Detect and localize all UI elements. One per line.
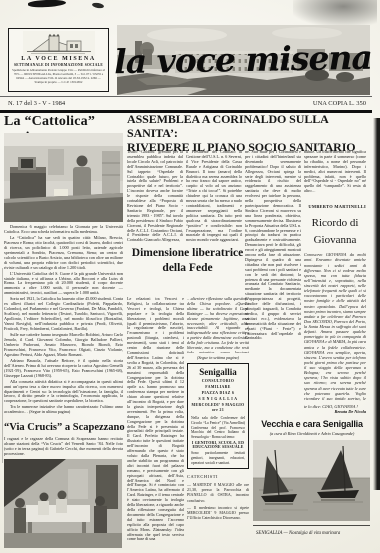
cattolica-interior-photo	[4, 133, 123, 222]
ink-smudge-artifact	[92, 2, 105, 9]
dimensione-column-left: Le relazioni tra Vescovi e Religiosi, la…	[127, 297, 184, 545]
newspaper-front-page: LA VOCE MISENA SETTIMANALE DI INFORMAZIO…	[0, 0, 380, 553]
continued-on-page-note: (Segue in settima pagina)	[187, 355, 249, 360]
ricordo-headline-line1: Ricordo di	[304, 215, 366, 232]
caption-rule	[253, 525, 370, 526]
masthead-fine-print: Spedizione in Abbonamento Postale Gruppo…	[12, 68, 105, 84]
scan-smudge-artifact	[293, 0, 377, 26]
viacrucis-procession-photo	[4, 459, 122, 548]
town-sketch-illustration	[23, 31, 95, 56]
catechisti-title: CATECHISTI	[187, 474, 249, 480]
senigallia-box-line: S E N I G A L L I A	[191, 397, 245, 403]
senigallia-box-line: CONSULTORIO FAMILIARE	[191, 379, 245, 391]
senigallia-box-note: Sono particolarmente invitati genitori, …	[191, 451, 245, 465]
viacrucis-intro: I ragazzi e le ragazze della Comuna di S…	[4, 436, 123, 456]
masthead-logo-box: LA VOCE MISENA SETTIMANALE DI INFORMAZIO…	[8, 28, 109, 92]
catechisti-item: — Il medesimo incontro si ripete MERCOLE…	[187, 505, 249, 521]
paragraph: Sorta nel 1921, la Cattolica ha laureato…	[4, 297, 123, 332]
masthead-box-title: LA VOCE MISENA	[12, 56, 105, 63]
viacrucis-headline: “Via Crucis” a Scapezzano	[4, 422, 126, 433]
paragraph: Tra le numerose iniziative che hanno car…	[4, 405, 123, 415]
scan-fold-line	[2, 268, 3, 463]
masthead-box-subtitle: SETTIMANALE DI INFORMAZIONE SOCIALE	[12, 63, 105, 67]
corinaldo-byline: UMBERTO MARTINELLI	[304, 204, 366, 209]
corinaldo-column-4-text: nubile. Un trasferimento che significa s…	[304, 150, 366, 202]
dimensione-headline-line2: della Fede	[127, 261, 248, 276]
ricordo-headline: Ricordo di Giovanna	[304, 215, 366, 248]
dimensione-column-right-wrap: …ulteriore riflessione sulla questione d…	[187, 297, 249, 522]
senigallia-box-body: Nella sala delle Conferenze del Circolo …	[191, 416, 245, 439]
paragraph: Alla consueta attività didattica si è ac…	[4, 380, 123, 405]
copy-price: UNA COPIA L. 350	[313, 100, 366, 107]
ricordo-byline: Renata De Nicola	[304, 409, 366, 414]
paragraph: La “Cattolica” ha sue sedi in quattro ci…	[4, 236, 123, 271]
paragraph: L’Università Cattolica del S. Cuore è la…	[4, 272, 123, 297]
issue-number: N. 17 del 3 - V - 1984	[8, 100, 65, 107]
senigallia-box-line: ore 21	[191, 408, 245, 414]
ricordo-headline-line2: Giovanna	[304, 232, 366, 249]
cattolica-body: Domenica 6 maggio celebriamo la Giornata…	[4, 225, 123, 420]
vecchia-headline: Vecchia e cara Senigallia	[252, 419, 372, 429]
sailboats-photo-caption: SENIGALLIA — Nostalgia di vita marinara	[256, 531, 370, 536]
folio-line: N. 17 del 3 - V - 1984 UNA COPIA L. 350	[0, 96, 372, 107]
corinaldo-column-3: ne. Star male per i Corinaldesi e per i …	[245, 150, 301, 412]
corinaldo-headline: ASSEMBLEA A CORINALDO SULLA SANITA’: RIV…	[127, 113, 374, 154]
dimensione-column-right: …ulteriore riflessione sulla questione d…	[187, 297, 249, 353]
dimensione-headline-line1: Dimensione liberatrice	[127, 246, 248, 261]
scan-edge-shadow	[373, 118, 380, 490]
catechisti-notices: CATECHISTI — MARTEDI’ 8 MAGGIO alle ore …	[187, 474, 249, 520]
corinaldo-headline-line1: ASSEMBLEA A CORINALDO SULLA SANITA’:	[127, 113, 374, 141]
newspaper-title: la voce misena	[112, 38, 375, 82]
senigallia-box-theme: I GENITORI, SCUOLA, ED EDUCAZIONE SESSUA…	[191, 441, 245, 449]
senigallia-announcement-box: Senigallia CONSULTORIO FAMILIARE PIAZZA …	[187, 363, 249, 469]
paragraph: Sulle sue cattedre hanno insegnato Marce…	[4, 333, 123, 358]
catechisti-item: — MARTEDI’ 8 MAGGIO alle ore 21,30, pres…	[187, 482, 249, 503]
senigallia-box-title: Senigallia	[191, 367, 245, 377]
ricordo-body: Conoscevo GIOVANNA da molti anni. Eravam…	[304, 252, 366, 402]
paragraph: Domenica 6 maggio celebriamo la Giornata…	[4, 225, 123, 235]
corinaldo-column-2: il Presidente del Comitato di Gestione d…	[186, 150, 242, 244]
ink-smudge-artifact	[28, 0, 66, 8]
corinaldo-column-1: Teatro “Goldoni” gremito per la assemble…	[127, 150, 183, 244]
vecchia-subtitle: (a cura di Rino Giroldinetti e Adrio Cas…	[252, 431, 372, 436]
dimensione-headline: Dimensione liberatrice della Fede	[127, 246, 248, 276]
sailboats-photo	[253, 440, 370, 521]
paragraph: Adriano Bausola, l’attuale Rettore, è il…	[4, 359, 123, 379]
